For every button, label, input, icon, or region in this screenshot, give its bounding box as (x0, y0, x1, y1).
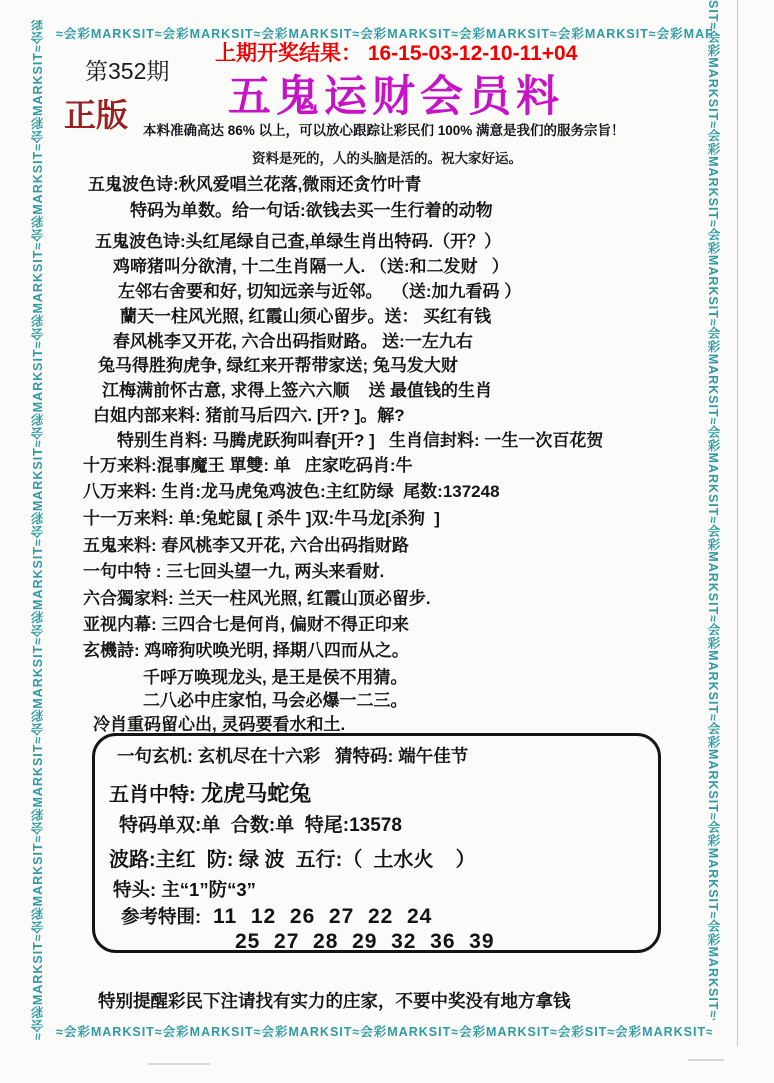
tip-line: 特别生肖料: 马腾虎跃狗叫春[开? ] 生肖信封料: 一生一次百花贺 (117, 426, 603, 451)
tip-line: 五鬼波色诗:头红尾绿自己查,单绿生肖出特码.（开？） (95, 227, 501, 252)
motto-line: 资料是死的，人的头脑是活的。祝大家好运。 (252, 147, 522, 167)
tip-line: 一句中特 : 三七回头望一九, 两头来看财. (83, 557, 384, 582)
reference-range-row1: 11 12 26 27 22 24 (213, 905, 432, 929)
marksit-border-bottom: ≈会彩MARKSIT≈会彩MARKSIT≈会彩MARKSIT≈会彩MARKSIT… (56, 1022, 712, 1038)
wave-color-elements-line: 波路:主红 防: 绿 波 五行:（ 土水火 ） (109, 843, 476, 872)
reference-range-label: 参考特围: (121, 903, 206, 929)
tip-line: 蘭天一柱风光照, 红霞山须心留步。送： 买红有钱 (120, 302, 491, 327)
issue-number: 第352期 (85, 53, 169, 86)
reference-range-row2: 25 27 28 29 32 36 39 (235, 930, 495, 954)
tip-line: 左邻右舍要和好, 切知远亲与近邻。 （送:加九看码 ） (118, 277, 521, 302)
tip-line: 玄機詩: 鸡啼狗吠唤光明, 择期八四而从之。 (83, 636, 409, 661)
tip-line: 特码为单数。给一句话:欲钱去买一生行着的动物 (130, 196, 493, 221)
tip-line: 亚视内幕: 三四合七是何肖, 偏财不得正印来 (83, 610, 409, 635)
tip-line: 五鬼波色诗:秋风爱唱兰花落,微雨还贪竹叶青 (88, 170, 421, 195)
accuracy-slogan: 本料准确高达 86% 以上，可以放心跟踪让彩民们 100% 满意是我们的服务宗旨… (143, 119, 625, 139)
fold-mark-left (148, 1063, 210, 1065)
tip-line: 春风桃李又开花, 六合出码指财路。 送:一左九右 (113, 327, 473, 352)
marksit-border-right: SIT≈会彩MARKSIT≈会彩MARKSIT≈会彩MARKSIT≈会彩MARK… (704, 0, 722, 1020)
edition-badge: 正版 (64, 90, 128, 136)
tip-line: 五鬼来料: 春风桃李又开花, 六合出码指财路 (83, 531, 409, 556)
lottery-tip-sheet: ≈会彩MARKSIT≈会彩MARKSIT≈会彩MARKSIT≈会彩MARKSIT… (0, 0, 774, 1083)
tip-line: 千呼万唤现龙头, 是王是侯不用猜。 (143, 663, 407, 688)
tip-line: 白姐内部来料: 猪前马后四六. [开? ]。解? (93, 401, 405, 426)
tip-line: 二八必中庄家怕, 马会必爆一二三。 (143, 686, 407, 711)
tip-line: 鸡啼猪叫分欲清, 十二生肖隔一人. （送:和二发财 ） (113, 252, 509, 277)
guess-special-code: 猜特码: 端午佳节 (335, 743, 468, 768)
marksit-border-left: ≈会彩MARKSIT≈会彩MARKSIT≈会彩MARKSIT≈会彩MARKSIT… (29, 20, 47, 1040)
tip-line: 十万来料:混事魔王 單雙: 单 庄家吃码肖:牛 (83, 451, 413, 476)
tip-line: 江梅满前怀古意, 求得上签六六顺 送 最值钱的生肖 (102, 376, 492, 401)
fold-mark-right (688, 1059, 724, 1061)
odd-even-sum-tail-line: 特码单双:单 合数:单 特尾:13578 (119, 810, 402, 837)
five-zodiac-line: 五肖中特: 龙虎马蛇兔 (109, 777, 311, 808)
tip-line: 六合獨家料: 兰天一柱风光照, 红霞山顶必留步. (83, 584, 431, 609)
page-title: 五鬼运财会员料 (228, 63, 564, 124)
tip-line: 十一万来料: 单:兔蛇鼠 [ 杀牛 ]双:牛马龙[杀狗 ] (83, 504, 440, 529)
tip-line: 兔马得胜狗虎争, 绿红来开帮带家送; 兔马发大财 (98, 351, 458, 376)
page-edge-line (737, 0, 738, 1046)
five-zodiac-value: 龙虎马蛇兔 (201, 781, 311, 806)
tip-line: 冷肖重码留心出, 灵码要看水和土. (93, 710, 345, 735)
footer-warning: 特别提醒彩民下注请找有实力的庄家，不要中奖没有地方拿钱 (98, 988, 571, 1013)
special-head-line: 特头: 主“1”防“3” (113, 876, 256, 902)
five-zodiac-label: 五肖中特: (109, 784, 201, 806)
prediction-box: 一句玄机: 玄机尽在十六彩 猜特码: 端午佳节 五肖中特: 龙虎马蛇兔 特码单双… (92, 733, 661, 953)
mystery-phrase: 一句玄机: 玄机尽在十六彩 (117, 743, 320, 768)
tip-line: 八万来料: 生肖:龙马虎兔鸡波色:主红防绿 尾数:137248 (83, 477, 500, 502)
